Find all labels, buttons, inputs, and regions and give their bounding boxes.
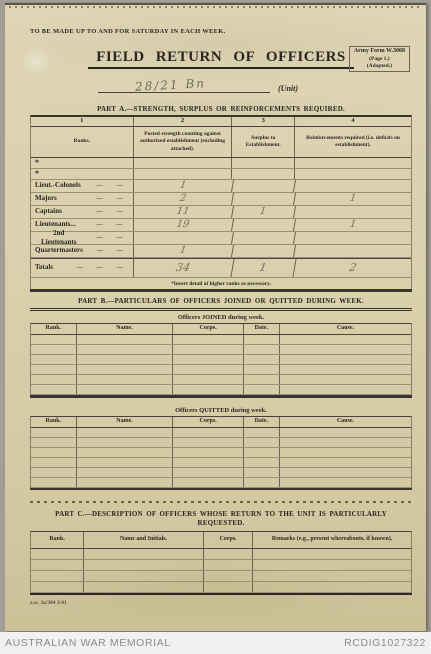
reinforcements-value: 1: [294, 193, 412, 205]
part-c-heading: PART C.—DESCRIPTION OF OFFICERS WHOSE RE…: [51, 510, 391, 528]
posted-strength-value: 19: [133, 219, 234, 231]
weekly-instruction-text: TO BE MADE UP TO AND FOR SATURDAY IN EAC…: [30, 28, 412, 35]
part-c-table: Rank. Name and Initials. Corps. Remarks …: [30, 531, 412, 593]
rank-label: Lieut.-Colonels: [35, 181, 81, 190]
star-mark: *: [31, 158, 134, 168]
screenshot-root: { "colors": { "paper": "#d8cfab", "ink":…: [0, 0, 431, 654]
dash-leader: —: [97, 264, 103, 272]
col-header-name-initials: Name and Initials.: [84, 532, 204, 548]
rank-label: Quartermasters: [35, 246, 83, 255]
col-header-name: Name.: [77, 417, 174, 427]
joined-table-headers: Rank. Name. Corps. Date. Cause.: [31, 324, 411, 335]
empty-table-row: [31, 468, 411, 478]
rank-row-majors: Majors—— 2 1: [31, 193, 411, 206]
col-header-reinforcements: Reinforcements required (i.e. deficits o…: [295, 127, 411, 157]
reinforcements-value: [294, 180, 412, 192]
officers-quitted-table: Rank. Name. Corps. Date. Cause.: [30, 416, 412, 488]
part-a-table: 1 2 3 4 Ranks. Posted strength counting …: [30, 115, 412, 289]
unit-fill-line: [98, 92, 270, 93]
empty-table-row: [31, 478, 411, 488]
officers-joined-table: Rank. Name. Corps. Date. Cause.: [30, 323, 412, 395]
surplus-value: [231, 193, 296, 205]
unit-label: (Unit): [278, 84, 298, 93]
reinforcements-value: [294, 206, 412, 218]
totals-row: Totals——— 34 1 2: [31, 258, 411, 278]
form-adapted-note: (Adapted.): [354, 63, 405, 70]
dash-leader: —: [117, 182, 123, 190]
empty-table-row: [31, 438, 411, 448]
posted-strength-value: 11: [133, 206, 234, 218]
empty-table-row: [31, 582, 411, 593]
col-header-rank: Rank.: [31, 532, 84, 548]
part-c-table-headers: Rank. Name and Initials. Corps. Remarks …: [31, 532, 411, 549]
surplus-value: 1: [231, 206, 296, 218]
quitted-table-headers: Rank. Name. Corps. Date. Cause.: [31, 417, 411, 428]
archive-name: AUSTRALIAN WAR MEMORIAL: [5, 637, 171, 649]
col-header-date: Date.: [244, 324, 280, 334]
army-form-reference-box: Army Form W.3008 (Page 1.) (Adapted.): [349, 46, 410, 72]
col-header-date: Date.: [244, 417, 280, 427]
empty-table-row: [31, 365, 411, 375]
empty-table-row: [31, 428, 411, 438]
dash-leader: —: [97, 247, 103, 255]
printer-imprint: a.w. 3a/384 2/41: [30, 601, 412, 606]
col-header-name: Name.: [77, 324, 174, 334]
empty-table-row: [31, 375, 411, 385]
rank-row-lieut-colonels: Lieut.-Colonels—— 1: [31, 180, 411, 193]
dash-leader: —: [97, 221, 103, 229]
empty-table-row: [31, 385, 411, 395]
rank-label: Majors: [35, 194, 57, 203]
empty-table-row: [31, 458, 411, 468]
posted-strength-value: 2: [133, 193, 234, 205]
col-header-corps: Corps.: [173, 417, 243, 427]
col-number: 3: [232, 117, 295, 126]
empty-table-row: [31, 571, 411, 582]
dash-leader: —: [117, 264, 123, 272]
dash-leader: —: [117, 208, 123, 216]
part-a-column-numbers: 1 2 3 4: [31, 117, 411, 127]
star-mark: *: [31, 169, 134, 179]
col-header-corps: Corps.: [204, 532, 253, 548]
col-header-corps: Corps.: [173, 324, 243, 334]
rank-row-2nd-lieutenants: 2nd Lieutenants——: [31, 232, 411, 245]
dash-leader: —: [117, 247, 123, 255]
table-bottom-rule: [30, 395, 412, 398]
section-divider-rule: [30, 289, 412, 292]
dash-leader: —: [117, 195, 123, 203]
rank-label: Captains: [35, 207, 62, 216]
dash-leader: —: [97, 208, 103, 216]
rank-row-lieutenants: Lieutenants...—— 19 1: [31, 219, 411, 232]
scanned-form-page: TO BE MADE UP TO AND FOR SATURDAY IN EAC…: [5, 3, 426, 631]
officers-quitted-title: Officers QUITTED during week.: [30, 407, 412, 414]
form-page-note: (Page 1.): [354, 56, 405, 63]
posted-strength-value: [133, 232, 234, 244]
surplus-value: [231, 245, 296, 257]
dash-leader: —: [97, 195, 103, 203]
col-header-rank: Rank.: [31, 324, 77, 334]
table-bottom-rule: [30, 488, 412, 490]
col-number: 2: [134, 117, 233, 126]
col-header-ranks: Ranks.: [31, 127, 134, 157]
empty-table-row: [31, 448, 411, 458]
dash-leader: —: [97, 182, 103, 190]
col-header-cause: Cause.: [280, 417, 411, 427]
empty-table-row: [31, 560, 411, 571]
perforation-dashes: [30, 501, 412, 503]
surplus-value: [231, 180, 296, 192]
dash-leader: —: [77, 264, 83, 272]
form-bottom-rule: [30, 593, 412, 596]
posted-strength-value: 1: [133, 245, 234, 257]
col-number: 1: [31, 117, 134, 126]
archive-caption-bar: AUSTRALIAN WAR MEMORIAL RCDIG1027322: [0, 632, 431, 654]
part-a-footnote: *Insert detail of higher ranks as necess…: [31, 278, 411, 289]
col-header-surplus: Surplus to Establishment.: [232, 127, 295, 157]
totals-posted-value: 34: [132, 259, 234, 277]
higher-rank-blank-row: *: [31, 169, 411, 180]
col-header-rank: Rank.: [31, 417, 77, 427]
reinforcements-value: 1: [294, 219, 412, 231]
part-a-heading: PART A.—STRENGTH, SURPLUS OR REINFORCEME…: [30, 105, 412, 113]
unit-entry-row: 28/21 Bn (Unit): [30, 80, 412, 97]
part-b-heading: PART B.—PARTICULARS OF OFFICERS JOINED O…: [30, 297, 412, 305]
empty-table-row: [31, 549, 411, 560]
officers-joined-title: Officers JOINED during week.: [30, 314, 412, 321]
part-a-column-headers: Ranks. Posted strength counting against …: [31, 127, 411, 158]
totals-label: Totals: [35, 263, 53, 272]
empty-table-row: [31, 345, 411, 355]
col-header-cause: Cause.: [280, 324, 411, 334]
form-title: FIELD RETURN OF OFFICERS: [88, 49, 354, 69]
dash-leader: —: [117, 221, 123, 229]
form-number: Army Form W.3008: [354, 48, 405, 56]
col-header-posted-strength: Posted strength counting against authori…: [134, 127, 233, 157]
col-number: 4: [295, 117, 411, 126]
surplus-value: [231, 219, 296, 231]
reinforcements-value: [294, 232, 412, 244]
posted-strength-value: 1: [133, 180, 234, 192]
higher-rank-blank-row: *: [31, 158, 411, 169]
rank-row-quartermasters: Quartermasters—— 1: [31, 245, 411, 258]
surplus-value: [231, 232, 296, 244]
section-divider-rule: [30, 308, 412, 311]
empty-table-row: [31, 335, 411, 345]
totals-reinforcements-value: 2: [293, 259, 412, 277]
dash-leader: —: [117, 234, 123, 242]
col-header-remarks: Remarks (e.g., present whereabouts, if k…: [253, 532, 411, 548]
empty-table-row: [31, 355, 411, 365]
torn-perforation-edge: [9, 6, 422, 8]
archive-item-id: RCDIG1027322: [344, 637, 426, 649]
rank-row-captains: Captains—— 11 1: [31, 206, 411, 219]
reinforcements-value: [294, 245, 412, 257]
totals-surplus-value: 1: [231, 259, 297, 277]
dash-leader: —: [97, 234, 103, 242]
